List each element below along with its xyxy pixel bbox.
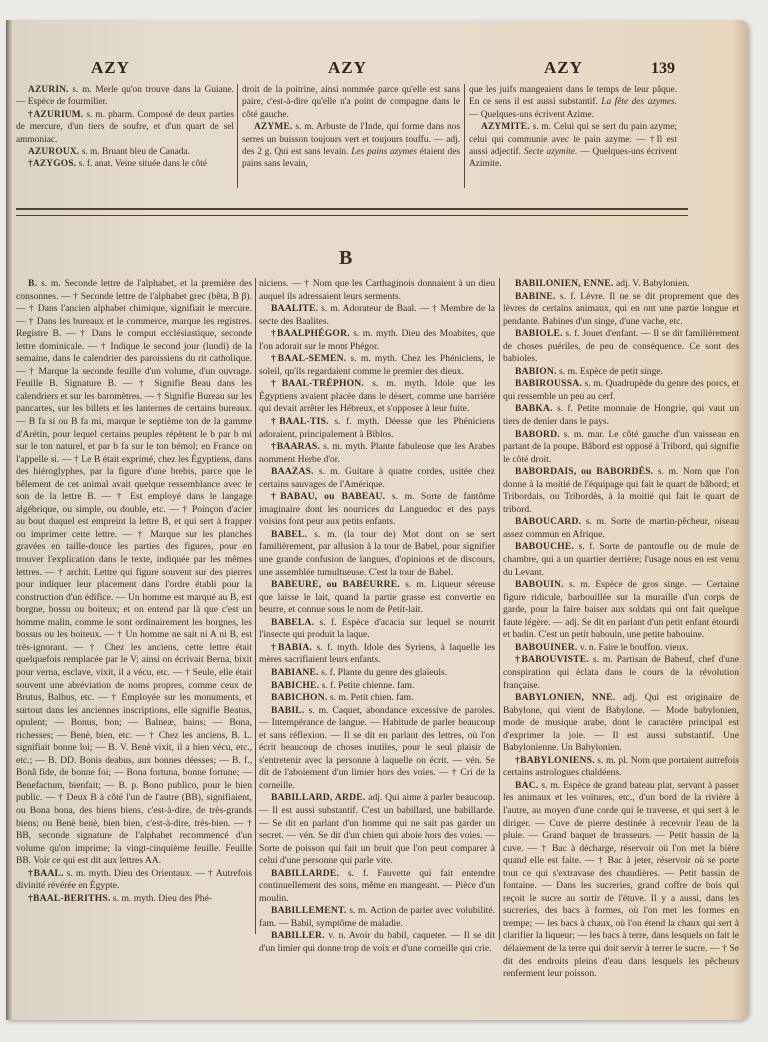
entry-headword: BABION.: [515, 366, 557, 377]
entry-headword: BABIOLE.: [515, 328, 563, 339]
dictionary-entry: BABIOLE. s. f. Jouet d'enfant. — Il se d…: [503, 328, 739, 366]
top-column-3: que les juifs mangeaient dans le temps d…: [469, 84, 677, 171]
main-entries-section: B. s. m. Seconde lettre de l'alphabet, e…: [16, 278, 696, 938]
entry-headword: BABICHE.: [271, 680, 319, 691]
entry-headword: BABOUIN.: [515, 579, 564, 590]
entry-headword: BABIANE.: [271, 667, 319, 678]
running-head-left: AZY: [91, 58, 130, 78]
entry-headword: AZUROUX.: [28, 147, 79, 157]
entry-headword: †BAAL-BERITHS.: [28, 893, 111, 904]
dictionary-entry: BABILONIEN, ENNE. adj. V. Babylonien.: [503, 278, 739, 291]
dictionary-entry: BABIROUSSA. s. m. Quadrupède du genre de…: [503, 378, 739, 403]
entry-headword: BABILONIEN, ENNE.: [515, 278, 614, 289]
entry-headword: BAAZAS.: [271, 466, 314, 477]
entry-headword: BABELA.: [271, 617, 314, 628]
entry-headword: †BAARAS.: [271, 441, 320, 452]
entry-headword: †BAAL-SEMEN.: [271, 353, 346, 364]
dictionary-entry: BABORDAIS, ou BABORDÈS. s. m. Nom que l'…: [503, 466, 739, 516]
dictionary-entry: BABION. s. m. Espèce de petit singe.: [503, 366, 739, 379]
entry-headword: BABEURE, ou BABEURRE.: [271, 579, 400, 590]
dictionary-entry: BABOUIN. s. m. Espèce de gros singe. — C…: [503, 579, 739, 642]
main-column-1: B. s. m. Seconde lettre de l'alphabet, e…: [16, 278, 252, 905]
entry-headword: AZYMITE.: [481, 122, 530, 132]
entry-headword: †BAAL-TIS.: [271, 416, 329, 427]
dictionary-entry: AZYMITE. s. m. Celui qui se sert du pain…: [469, 121, 677, 171]
entry-headword: AZURIN.: [28, 85, 69, 95]
dictionary-entry: AZYME. s. m. Arbuste de l'Inde, qui form…: [242, 121, 460, 171]
entry-headword: B.: [28, 278, 37, 289]
entry-headword: BABIROUSSA.: [515, 378, 582, 389]
entry-headword: †BAAL.: [28, 868, 64, 879]
dictionary-entry: BAAZAS. s. m. Guitare à quatre cordes, u…: [259, 466, 495, 491]
entry-headword: BABOUCHE.: [515, 541, 574, 552]
dictionary-entry: AZURIN. s. m. Merle qu'on trouve dans la…: [16, 84, 234, 109]
dictionary-entry: BABOUCARD. s. m. Sorte de martin-pêcheur…: [503, 516, 739, 541]
dictionary-entry: B. s. m. Seconde lettre de l'alphabet, e…: [16, 278, 252, 868]
entry-headword: †BABIA.: [271, 642, 312, 653]
dictionary-entry: †BABIA. s. f. myth. Idole des Syriens, à…: [259, 642, 495, 667]
dictionary-entry: BABKA. s. f. Petite monnaie de Hongrie, …: [503, 403, 739, 428]
top-entries-section: AZURIN. s. m. Merle qu'on trouve dans la…: [16, 84, 676, 192]
dictionary-entry: BABELA. s. f. Espèce d'acacia sur lequel…: [259, 617, 495, 642]
dictionary-entry: †BAAL. s. m. myth. Dieu des Orientaux. —…: [16, 868, 252, 893]
entry-headword: †BABAU, ou BABEAU.: [271, 491, 385, 502]
dictionary-entry: †BAALPHÉGOR. s. m. myth. Dieu des Moabit…: [259, 328, 495, 353]
dictionary-entry: AZUROUX. s. m. Bruant bleu de Canada.: [16, 146, 234, 158]
dictionary-entry: †BAAL-SEMEN. s. m. myth. Chez les Phénic…: [259, 353, 495, 378]
main-column-3: BABILONIEN, ENNE. adj. V. Babylonien.BAB…: [503, 278, 739, 981]
dictionary-entry: BABORD. s. m. mar. Le côté gauche d'un v…: [503, 429, 739, 467]
section-separator-rule: [16, 208, 688, 216]
entry-headword: BABORDAIS, ou BABORDÈS.: [515, 466, 653, 477]
entry-headword: BABILLARD, ARDE.: [271, 792, 365, 803]
dictionary-entry: BABIANE. s. f. Plante du genre des glaïe…: [259, 667, 495, 680]
entry-headword: †AZYGOS.: [28, 159, 76, 169]
dictionary-entry: BABIL. s. m. Caquet, abondance excessive…: [259, 705, 495, 793]
dictionary-entry: †BABAU, ou BABEAU. s. m. Sorte de fantôm…: [259, 491, 495, 529]
dictionary-entry: BABILLEMENT. s. m. Action de parler avec…: [259, 905, 495, 930]
entry-headword: †BAAL-TRÉPHON.: [271, 378, 364, 389]
entry-headword: †BAALPHÉGOR.: [271, 328, 350, 339]
entry-headword: †AZURIUM.: [28, 110, 83, 120]
dictionary-entry: BABYLONIEN, NNE. adj. Qui est originaire…: [503, 692, 739, 755]
entry-headword: BABILLER.: [271, 930, 325, 941]
dictionary-entry: BAALITE. s. m. Adorateur de Baal. — † Me…: [259, 303, 495, 328]
entry-headword: BABYLONIEN, NNE.: [515, 692, 615, 703]
column-divider: [499, 278, 500, 940]
entry-headword: BABIL.: [271, 705, 304, 716]
column-divider: [464, 84, 465, 188]
dictionary-entry: †BABOUVISTE. s. m. Partisan de Babeuf, c…: [503, 654, 739, 692]
dictionary-entry: BABICHON. s. m. Petit chien. fam.: [259, 692, 495, 705]
column-divider: [255, 278, 256, 934]
entry-headword: BABICHON.: [271, 692, 327, 703]
top-column-1: AZURIN. s. m. Merle qu'on trouve dans la…: [16, 84, 234, 171]
running-head-right: AZY: [544, 58, 583, 78]
entry-headword: BABKA.: [515, 403, 553, 414]
main-column-2: niciens. — † Nom que les Carthaginois do…: [259, 278, 495, 956]
entry-headword: BABINE.: [515, 291, 556, 302]
dictionary-entry: BABILLARD, ARDE. adj. Qui aime à parler …: [259, 792, 495, 867]
dictionary-entry: †BAARAS. s. m. myth. Plante fabuleuse qu…: [259, 441, 495, 466]
dictionary-entry: niciens. — † Nom que les Carthaginois do…: [259, 278, 495, 303]
dictionary-entry: BABOUINER. v. n. Faire le bouffon. vieux…: [503, 642, 739, 655]
dictionary-page: AZY AZY AZY 139 AZURIN. s. m. Merle qu'o…: [6, 20, 748, 1020]
running-head-middle: AZY: [328, 58, 367, 78]
dictionary-entry: BABOUCHE. s. f. Sorte de pantoufle ou de…: [503, 541, 739, 579]
dictionary-entry: que les juifs mangeaient dans le temps d…: [469, 84, 677, 121]
entry-headword: BABILLEMENT.: [271, 905, 347, 916]
entry-example: Les pains azymes: [351, 147, 417, 157]
dictionary-entry: BAC. s. m. Espèce de grand bateau plat, …: [503, 780, 739, 981]
dictionary-entry: BABILLER. v. n. Avoir du babil, caqueter…: [259, 930, 495, 955]
dictionary-entry: †BAAL-BERITHS. s. m. myth. Dieu des Phé-: [16, 893, 252, 906]
dictionary-entry: †BABYLONIENS. s. m. pl. Nom que portaien…: [503, 755, 739, 780]
dictionary-entry: †BAAL-TIS. s. f. myth. Déesse que les Ph…: [259, 416, 495, 441]
dictionary-entry: †AZYGOS. s. f. anat. Veine située dans l…: [16, 158, 234, 170]
entry-headword: BAALITE.: [271, 303, 318, 314]
entry-headword: BAC.: [515, 780, 538, 791]
dictionary-entry: BABILLARDE. s. f. Fauvette qui fait ente…: [259, 868, 495, 906]
entry-headword: BABILLARDE.: [271, 868, 339, 879]
entry-headword: †BABYLONIENS.: [515, 755, 595, 766]
column-divider: [237, 84, 238, 188]
entry-headword: †BABOUVISTE.: [515, 654, 589, 665]
entry-example: Secte azymite.: [524, 147, 578, 157]
entry-headword: AZYME.: [254, 122, 292, 132]
dictionary-entry: BABINE. s. f. Lèvre. Il ne se dit propre…: [503, 291, 739, 329]
dictionary-entry: †AZURIUM. s. m. pharm. Composé de deux p…: [16, 109, 234, 146]
dictionary-entry: droit de la poitrine, ainsi nommée parce…: [242, 84, 460, 121]
section-letter-heading: B: [339, 247, 352, 270]
entry-example: La fête des azymes.: [601, 97, 677, 107]
entry-headword: BABOUCARD.: [515, 516, 581, 527]
entry-headword: BABEL.: [271, 529, 307, 540]
dictionary-entry: BABEL. s. m. (la tour de) Mot dont on se…: [259, 529, 495, 579]
entry-headword: BABOUINER.: [515, 642, 578, 653]
top-column-2: droit de la poitrine, ainsi nommée parce…: [242, 84, 460, 171]
dictionary-entry: †BAAL-TRÉPHON. s. m. myth. Idole que les…: [259, 378, 495, 416]
dictionary-entry: BABICHE. s. f. Petite chienne. fam.: [259, 680, 495, 693]
entry-headword: BABORD.: [515, 429, 560, 440]
dictionary-entry: BABEURE, ou BABEURRE. s. m. Liqueur sére…: [259, 579, 495, 617]
page-number: 139: [651, 60, 675, 78]
